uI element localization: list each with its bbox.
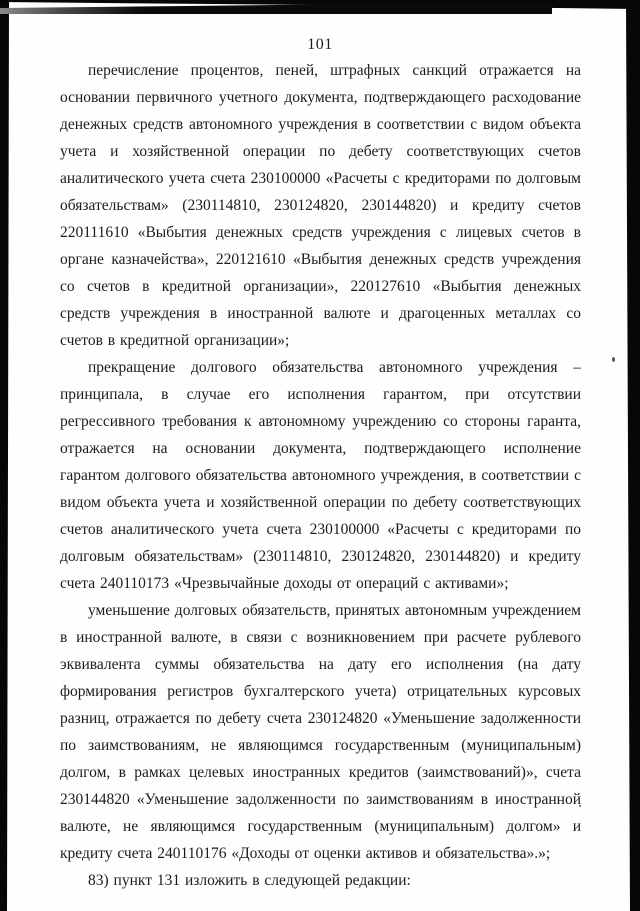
scan-edge-right [625, 0, 640, 911]
document-paragraph: прекращение долгового обязательства авто… [60, 354, 581, 597]
scan-edge-left [0, 0, 9, 911]
document-paragraph: 83) пункт 131 изложить в следующей редак… [60, 867, 581, 894]
scanned-document-page: 101 перечисление процентов, пеней, штраф… [0, 0, 640, 911]
document-body: перечисление процентов, пеней, штрафных … [60, 57, 581, 894]
scan-speck [579, 805, 581, 807]
document-paragraph: перечисление процентов, пеней, штрафных … [60, 57, 581, 354]
page-number: 101 [60, 36, 580, 54]
scan-speck [612, 357, 615, 362]
document-paragraph: уменьшение долговых обязательств, принят… [60, 597, 581, 867]
